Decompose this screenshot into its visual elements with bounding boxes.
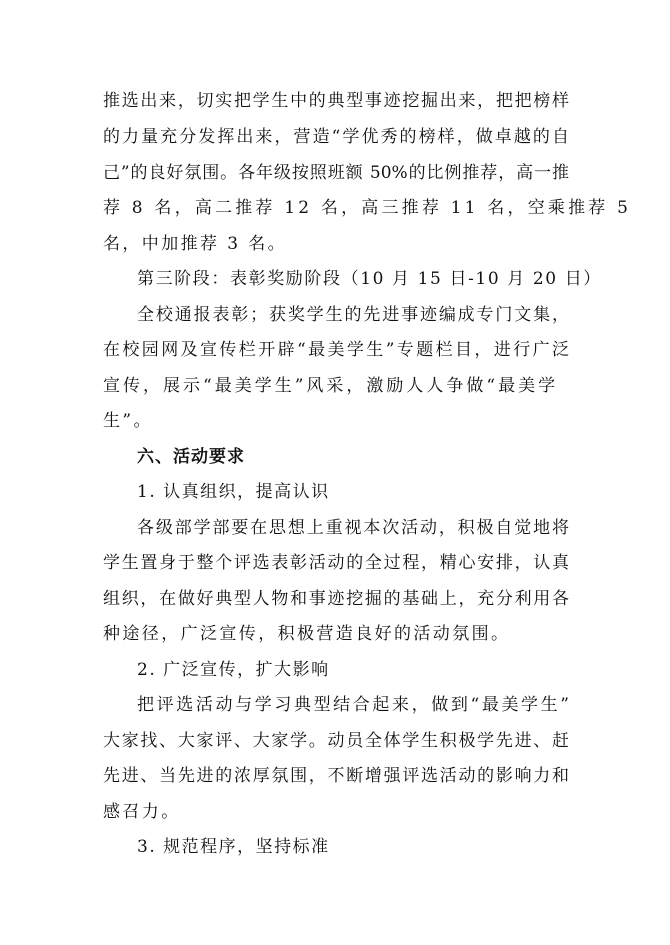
- sub-heading: 3. 规范程序，坚持标准: [137, 835, 330, 859]
- body-line: 各级部学部要在思想上重视本次活动，积极自觉地将: [137, 516, 569, 540]
- body-line: 荐 8 名，高二推荐 12 名，高三推荐 11 名，空乘推荐 5: [103, 196, 631, 220]
- body-line: 的力量充分发挥出来，营造“学优秀的榜样，做卓越的自: [103, 125, 569, 149]
- body-line: 大家找、大家评、大家学。动员全体学生积极学先进、赶: [103, 729, 569, 753]
- body-line: 先进、当先进的浓厚氛围，不断增强评选活动的影响力和: [103, 764, 569, 788]
- body-line: 宣传，展示“最美学生”风采，激励人人争做“最美学: [103, 374, 558, 398]
- sub-heading: 1. 认真组织，提高认识: [137, 480, 330, 504]
- stage-heading: 第三阶段：表彰奖励阶段（10 月 15 日-10 月 20 日）: [137, 267, 602, 291]
- body-line: 生”。: [103, 409, 153, 433]
- body-line: 把评选活动与学习典型结合起来，做到“最美学生”: [137, 693, 569, 717]
- section-heading: 六、活动要求: [137, 445, 245, 469]
- body-line: 感召力。: [103, 800, 181, 824]
- body-line: 在校园网及宣传栏开辟“最美学生”专题栏目，进行广泛: [103, 338, 569, 362]
- sub-heading: 2. 广泛宣传，扩大影响: [137, 658, 330, 682]
- body-line: 学生置身于整个评选表彰活动的全过程，精心安排，认真: [103, 551, 569, 575]
- body-line: 组织，在做好典型人物和事迹挖掘的基础上，充分利用各: [103, 587, 569, 611]
- body-line: 全校通报表彰；获奖学生的先进事迹编成专门文集，: [137, 303, 569, 327]
- body-line: 推选出来，切实把学生中的典型事迹挖掘出来，把把榜样: [103, 89, 569, 113]
- body-line: 名，中加推荐 3 名。: [103, 232, 287, 256]
- body-line: 己”的良好氛围。各年级按照班额 50%的比例推荐，高一推: [103, 161, 569, 185]
- body-line: 种途径，广泛宣传，积极营造良好的活动氛围。: [103, 622, 510, 646]
